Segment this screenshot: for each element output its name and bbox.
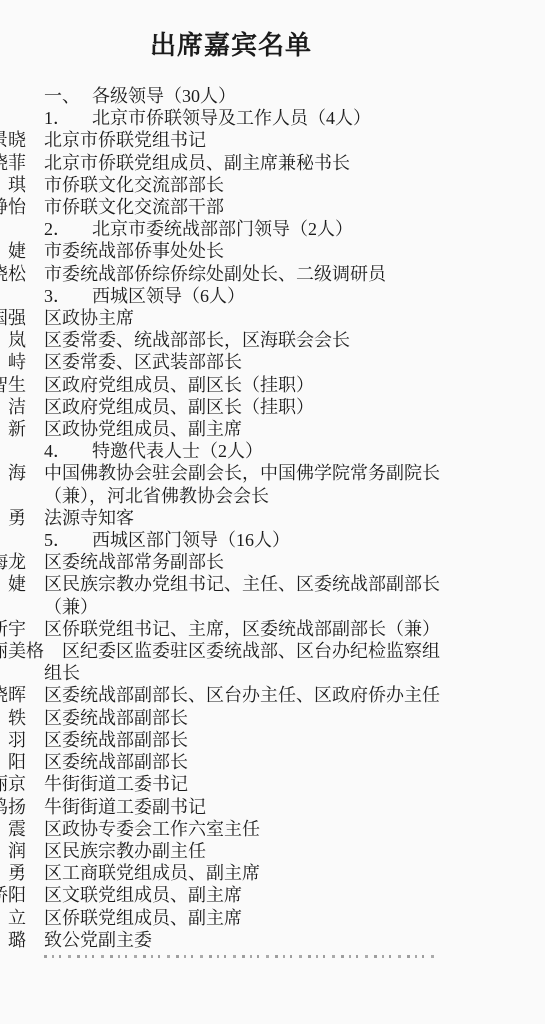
guest-name: 刘 峙 (0, 352, 44, 372)
guest-name: 钟 润 (0, 841, 44, 861)
guest-title: 北京市侨联党组书记 (44, 130, 206, 150)
guest-name: 张 琪 (0, 175, 44, 195)
guest-list: 一、各级领导（30人）1．北京市侨联领导及工作人员（4人）周景晓北京市侨联党组书… (44, 85, 446, 951)
guest-entry: 李静怡市侨联文化交流部干部 (44, 196, 446, 218)
guest-entry: 李 婕区民族宗教办党组书记、主任、区委统战部副部长（兼） (44, 573, 446, 617)
guest-entry: 林 立区侨联党组成员、副主席 (44, 907, 446, 929)
section-label: 北京市委统战部部门领导（2人） (92, 219, 353, 239)
guest-title: 区委统战部副部长 (44, 708, 188, 728)
guest-entry: 李晓菲北京市侨联党组成员、副主席兼秘书长 (44, 152, 446, 174)
section-number: 5． (44, 529, 92, 551)
guest-name: 马 震 (0, 819, 44, 839)
guest-name: 杨 勇 (0, 863, 44, 883)
guest-name: 王 璐 (0, 930, 44, 950)
section-header: 5．西城区部门领导（16人） (44, 529, 446, 551)
page-title: 出席嘉宾名单 (30, 30, 432, 62)
guest-title: 区民族宗教办副主任 (44, 841, 206, 861)
guest-name: 李静怡 (0, 197, 44, 217)
clipped-text-row (44, 955, 440, 958)
guest-name: 智 勇 (0, 508, 44, 528)
guest-entry: 赵娇阳区文联党组成员、副主席 (44, 884, 446, 906)
guest-name: 林 婕 (0, 241, 44, 261)
guest-entry: 王 璐致公党副主委 (44, 929, 446, 951)
guest-name: 马鸣扬 (0, 797, 44, 817)
guest-title: 区工商联党组成员、副主席 (44, 863, 260, 883)
guest-name: 刘国强 (0, 308, 44, 328)
guest-entry: 钟 润区民族宗教办副主任 (44, 840, 446, 862)
guest-title: 致公党副主委 (44, 930, 152, 950)
guest-title: 市侨联文化交流部部长 (44, 175, 224, 195)
section-header: 4．特邀代表人士（2人） (44, 440, 446, 462)
guest-entry: 刘 峙区委常委、区武装部部长 (44, 351, 446, 373)
guest-title: 区政府党组成员、副区长（挂职） (44, 375, 314, 395)
guest-title: 区委常委、区武装部部长 (44, 352, 242, 372)
guest-title: 中国佛教协会驻会副会长，中国佛学院常务副院长（兼），河北省佛教协会会长 (44, 463, 440, 505)
guest-title: 牛街街道工委书记 (44, 774, 188, 794)
guest-title: 法源寺知客 (44, 508, 134, 528)
guest-title: 区侨联党组成员、副主席 (44, 908, 242, 928)
guest-name: 何 轶 (0, 708, 44, 728)
guest-entry: 林 婕市委统战部侨事处处长 (44, 240, 446, 262)
guest-title: 区委统战部常务副部长 (44, 552, 224, 572)
guest-entry: 郭 洁区政府党组成员、副区长（挂职） (44, 396, 446, 418)
guest-entry: 刘国强区政协主席 (44, 307, 446, 329)
guest-name: 江 岚 (0, 330, 44, 350)
guest-name: 连晓松 (0, 264, 44, 284)
guest-name: 郭 洁 (0, 397, 44, 417)
guest-entry: 蒋晓晖区委统战部副部长、区台办主任、区政府侨办主任 (44, 684, 446, 706)
guest-name: 李 婕 (0, 574, 44, 594)
guest-entry: 付新宇区侨联党组书记、主席，区委统战部副部长（兼） (44, 618, 446, 640)
guest-title: 区委统战部副部长 (44, 730, 188, 750)
guest-entry: 其丽美格区纪委区监委驻区委统战部、区台办纪检监察组组长 (44, 640, 446, 684)
guest-entry: 智 勇法源寺知客 (44, 507, 446, 529)
guest-entry: 明 海中国佛教协会驻会副会长，中国佛学院常务副院长（兼），河北省佛教协会会长 (44, 462, 446, 506)
guest-entry: 张 阳区委统战部副部长 (44, 751, 446, 773)
guest-name: 李晓菲 (0, 153, 44, 173)
section-label: 北京市侨联领导及工作人员（4人） (92, 108, 371, 128)
guest-entry: 李丽京牛街街道工委书记 (44, 773, 446, 795)
guest-title: 市委统战部侨事处处长 (44, 241, 224, 261)
guest-name: 林 立 (0, 908, 44, 928)
guest-title: 区政府党组成员、副区长（挂职） (44, 397, 314, 417)
guest-title: 区政协党组成员、副主席 (44, 419, 242, 439)
guest-name: 付新宇 (0, 619, 44, 639)
guest-entry: 崔智生区政府党组成员、副区长（挂职） (44, 374, 446, 396)
guest-title: 区委统战部副部长、区台办主任、区政府侨办主任 (44, 685, 440, 705)
guest-entry: 张 琪市侨联文化交流部部长 (44, 174, 446, 196)
guest-title: 市委统战部侨综侨综处副处长、二级调研员 (44, 264, 386, 284)
section-number: 2． (44, 218, 92, 240)
document-page: 出席嘉宾名单 一、各级领导（30人）1．北京市侨联领导及工作人员（4人）周景晓北… (0, 0, 545, 1024)
guest-title: 区政协专委会工作六室主任 (44, 819, 260, 839)
guest-name: 李丽京 (0, 774, 44, 794)
group-header: 一、各级领导（30人） (44, 85, 446, 107)
guest-entry: 连晓松市委统战部侨综侨综处副处长、二级调研员 (44, 263, 446, 285)
section-number: 4． (44, 440, 92, 462)
guest-name: 明 海 (0, 463, 44, 483)
section-label: 特邀代表人士（2人） (92, 441, 263, 461)
guest-name: 张 阳 (0, 752, 44, 772)
guest-title: 区政协主席 (44, 308, 134, 328)
guest-name: 郭海龙 (0, 552, 44, 572)
guest-entry: 陈 新区政协党组成员、副主席 (44, 418, 446, 440)
group-number: 一、 (44, 85, 92, 107)
guest-title: 区文联党组成员、副主席 (44, 885, 242, 905)
section-header: 2．北京市委统战部部门领导（2人） (44, 218, 446, 240)
guest-name: 赵娇阳 (0, 885, 44, 905)
guest-title: 区民族宗教办党组书记、主任、区委统战部副部长（兼） (44, 574, 440, 616)
guest-name: 崔智生 (0, 375, 44, 395)
section-label: 西城区领导（6人） (92, 286, 245, 306)
guest-name: 周景晓 (0, 130, 44, 150)
guest-name: 陆 羽 (0, 730, 44, 750)
guest-name: 蒋晓晖 (0, 685, 44, 705)
guest-title: 牛街街道工委副书记 (44, 797, 206, 817)
guest-title: 区侨联党组书记、主席，区委统战部副部长（兼） (44, 619, 440, 639)
section-label: 西城区部门领导（16人） (92, 530, 290, 550)
group-label: 各级领导（30人） (92, 86, 236, 106)
guest-entry: 周景晓北京市侨联党组书记 (44, 129, 446, 151)
guest-entry: 马鸣扬牛街街道工委副书记 (44, 796, 446, 818)
guest-entry: 何 轶区委统战部副部长 (44, 707, 446, 729)
section-number: 3． (44, 285, 92, 307)
guest-name: 其丽美格 (0, 641, 62, 661)
guest-title: 北京市侨联党组成员、副主席兼秘书长 (44, 153, 350, 173)
guest-name: 陈 新 (0, 419, 44, 439)
section-header: 3．西城区领导（6人） (44, 285, 446, 307)
section-header: 1．北京市侨联领导及工作人员（4人） (44, 107, 446, 129)
guest-entry: 陆 羽区委统战部副部长 (44, 729, 446, 751)
guest-entry: 郭海龙区委统战部常务副部长 (44, 551, 446, 573)
guest-title: 区纪委区监委驻区委统战部、区台办纪检监察组组长 (44, 641, 440, 683)
guest-entry: 杨 勇区工商联党组成员、副主席 (44, 862, 446, 884)
section-number: 1． (44, 107, 92, 129)
guest-title: 市侨联文化交流部干部 (44, 197, 224, 217)
guest-entry: 江 岚区委常委、统战部部长，区海联会会长 (44, 329, 446, 351)
guest-entry: 马 震区政协专委会工作六室主任 (44, 818, 446, 840)
guest-title: 区委统战部副部长 (44, 752, 188, 772)
guest-title: 区委常委、统战部部长，区海联会会长 (44, 330, 350, 350)
